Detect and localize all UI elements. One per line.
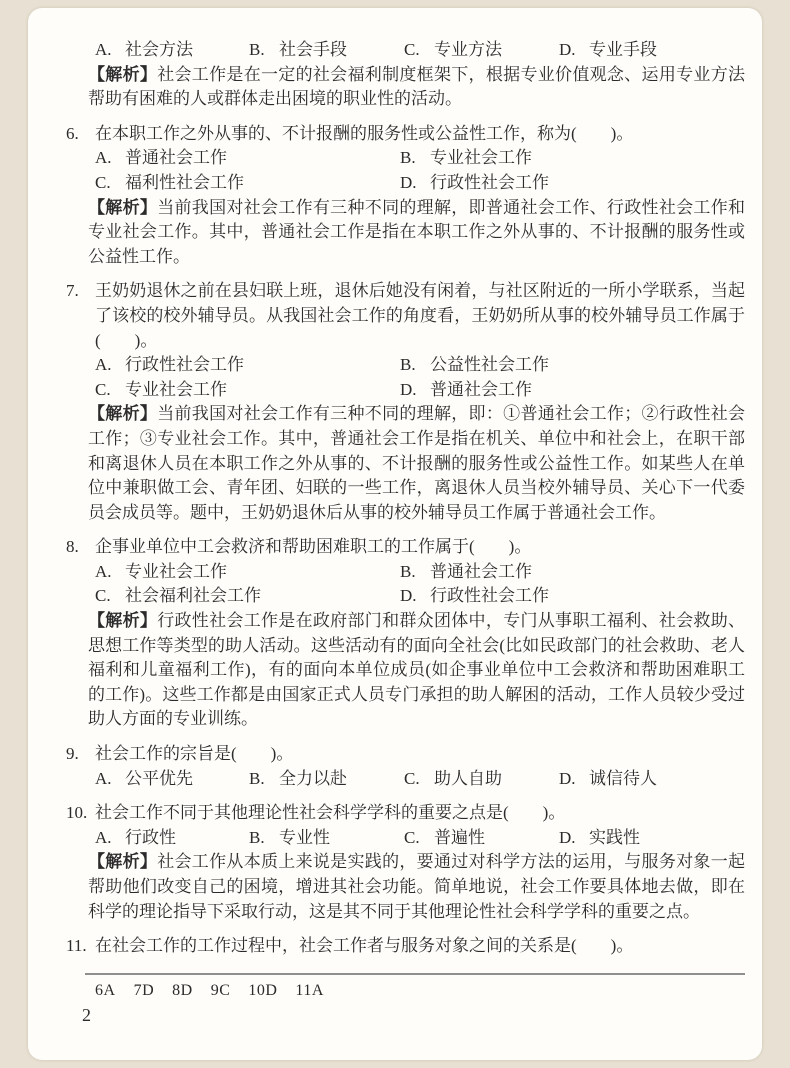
question-block: 6. 在本职工作之外从事的、不计报酬的服务性或公益性工作，称为( )。 A.普通… (66, 122, 745, 270)
question-block: 7. 王奶奶退休之前在县妇联上班，退休后她没有闲着，与社区附近的一所小学联系，当… (66, 279, 745, 525)
option-item: C.社会福利社会工作 (95, 584, 400, 609)
option-letter: B. (249, 826, 279, 851)
option-label: 社会福利社会工作 (125, 586, 261, 605)
option-item: D.专业手段 (559, 38, 745, 63)
analysis: 【解析】当前我国对社会工作有三种不同的理解，即：①普通社会工作；②行政性社会工作… (88, 402, 745, 525)
option-label: 普通社会工作 (430, 562, 532, 581)
analysis-text: 行政性社会工作是在政府部门和群众团体中，专门从事职工福利、社会救助、思想工作等类… (88, 611, 745, 728)
analysis-label: 【解析】 (88, 611, 157, 630)
option-label: 专业方法 (434, 40, 502, 59)
question-block: 9. 社会工作的宗旨是( )。 A.公平优先 B.全力以赴 C.助人自助 D.诚… (66, 742, 745, 791)
analysis: 【解析】社会工作从本质上来说是实践的，要通过对科学方法的运用，与服务对象一起帮助… (88, 850, 745, 924)
analysis: 【解析】社会工作是在一定的社会福利制度框架下，根据专业价值观念、运用专业方法帮助… (88, 63, 745, 112)
option-item: B.全力以赴 (249, 767, 404, 792)
option-letter: B. (249, 38, 279, 63)
question-number: 7. (66, 279, 95, 353)
analysis-text: 当前我国对社会工作有三种不同的理解，即：①普通社会工作；②行政性社会工作；③专业… (88, 404, 745, 521)
option-label: 社会手段 (279, 40, 347, 59)
question-stem-row: 8. 企事业单位中工会救济和帮助困难职工的工作属于( )。 (66, 535, 745, 560)
option-item: D.行政性社会工作 (400, 584, 745, 609)
option-letter: C. (404, 826, 434, 851)
analysis-label: 【解析】 (88, 65, 157, 84)
question-block: A.社会方法 B.社会手段 C.专业方法 D.专业手段 【解析】社会工作是在一定… (66, 38, 745, 112)
answer-item: 11A (295, 982, 323, 1000)
answer-item: 7D (134, 982, 155, 1000)
options-row: A.行政性社会工作 B.公益性社会工作 C.专业社会工作 D.普通社会工作 (95, 353, 745, 402)
option-item: C.专业社会工作 (95, 378, 400, 403)
option-letter: C. (95, 171, 125, 196)
option-letter: B. (249, 767, 279, 792)
option-letter: A. (95, 560, 125, 585)
analysis-text: 社会工作是在一定的社会福利制度框架下，根据专业价值观念、运用专业方法帮助有困难的… (88, 65, 745, 109)
option-item: B.社会手段 (249, 38, 404, 63)
option-letter: A. (95, 146, 125, 171)
answer-item: 6A (95, 982, 116, 1000)
answer-key: 6A 7D 8D 9C 10D 11A (95, 982, 745, 1000)
options-row: A.行政性 B.专业性 C.普遍性 D.实践性 (95, 826, 745, 851)
option-item: A.普通社会工作 (95, 146, 400, 171)
option-letter: B. (400, 353, 430, 378)
option-label: 专业社会工作 (125, 380, 227, 399)
question-stem: 社会工作不同于其他理论性社会科学学科的重要之点是( )。 (95, 801, 745, 826)
question-block: 11. 在社会工作的工作过程中，社会工作者与服务对象之间的关系是( )。 (66, 934, 745, 959)
option-label: 全力以赴 (279, 769, 347, 788)
analysis: 【解析】当前我国对社会工作有三种不同的理解，即普通社会工作、行政性社会工作和专业… (88, 196, 745, 270)
option-letter: A. (95, 353, 125, 378)
option-letter: B. (400, 146, 430, 171)
question-stem-row: 11. 在社会工作的工作过程中，社会工作者与服务对象之间的关系是( )。 (66, 934, 745, 959)
question-stem: 在社会工作的工作过程中，社会工作者与服务对象之间的关系是( )。 (95, 934, 745, 959)
question-number: 6. (66, 122, 95, 147)
option-letter: A. (95, 826, 125, 851)
option-letter: D. (559, 767, 589, 792)
option-label: 专业社会工作 (430, 148, 532, 167)
options-row: A.普通社会工作 B.专业社会工作 C.福利性社会工作 D.行政性社会工作 (95, 146, 745, 195)
footer-divider (85, 973, 745, 975)
option-letter: C. (404, 767, 434, 792)
options-row: A.社会方法 B.社会手段 C.专业方法 D.专业手段 (95, 38, 745, 63)
option-label: 专业性 (279, 828, 330, 847)
option-item: B.专业性 (249, 826, 404, 851)
option-letter: D. (559, 826, 589, 851)
question-number: 8. (66, 535, 95, 560)
option-letter: D. (559, 38, 589, 63)
option-label: 普通社会工作 (430, 380, 532, 399)
option-item: A.专业社会工作 (95, 560, 400, 585)
option-label: 福利性社会工作 (125, 173, 244, 192)
answer-item: 8D (172, 982, 193, 1000)
option-label: 诚信待人 (589, 769, 657, 788)
option-letter: A. (95, 767, 125, 792)
question-number: 11. (66, 934, 95, 959)
question-stem: 王奶奶退休之前在县妇联上班，退休后她没有闲着，与社区附近的一所小学联系，当起了该… (95, 279, 745, 353)
question-stem-row: 7. 王奶奶退休之前在县妇联上班，退休后她没有闲着，与社区附近的一所小学联系，当… (66, 279, 745, 353)
question-number: 10. (66, 801, 95, 826)
option-letter: B. (400, 560, 430, 585)
option-item: A.行政性社会工作 (95, 353, 400, 378)
option-letter: C. (95, 378, 125, 403)
question-number: 9. (66, 742, 95, 767)
page-number: 2 (82, 1005, 745, 1026)
question-stem: 在本职工作之外从事的、不计报酬的服务性或公益性工作，称为( )。 (95, 122, 745, 147)
option-label: 行政性社会工作 (430, 586, 549, 605)
analysis-label: 【解析】 (88, 198, 157, 217)
option-item: D.诚信待人 (559, 767, 745, 792)
option-label: 社会方法 (125, 40, 193, 59)
question-stem: 社会工作的宗旨是( )。 (95, 742, 745, 767)
option-label: 公益性社会工作 (430, 355, 549, 374)
option-label: 行政性 (125, 828, 176, 847)
analysis-label: 【解析】 (88, 852, 157, 871)
answer-item: 10D (248, 982, 277, 1000)
option-label: 行政性社会工作 (125, 355, 244, 374)
option-letter: C. (404, 38, 434, 63)
analysis-text: 社会工作从本质上来说是实践的，要通过对科学方法的运用，与服务对象一起帮助他们改变… (88, 852, 745, 920)
option-item: D.普通社会工作 (400, 378, 745, 403)
option-item: B.普通社会工作 (400, 560, 745, 585)
options-row: A.公平优先 B.全力以赴 C.助人自助 D.诚信待人 (95, 767, 745, 792)
question-stem: 企事业单位中工会救济和帮助困难职工的工作属于( )。 (95, 535, 745, 560)
option-item: B.公益性社会工作 (400, 353, 745, 378)
answer-item: 9C (211, 982, 231, 1000)
option-item: C.普遍性 (404, 826, 559, 851)
option-letter: A. (95, 38, 125, 63)
option-item: B.专业社会工作 (400, 146, 745, 171)
option-item: A.行政性 (95, 826, 249, 851)
question-block: 8. 企事业单位中工会救济和帮助困难职工的工作属于( )。 A.专业社会工作 B… (66, 535, 745, 732)
options-row: A.专业社会工作 B.普通社会工作 C.社会福利社会工作 D.行政性社会工作 (95, 560, 745, 609)
analysis-text: 当前我国对社会工作有三种不同的理解，即普通社会工作、行政性社会工作和专业社会工作… (88, 198, 745, 266)
question-stem-row: 9. 社会工作的宗旨是( )。 (66, 742, 745, 767)
option-label: 专业手段 (589, 40, 657, 59)
page-footer: 6A 7D 8D 9C 10D 11A 2 (82, 973, 745, 1026)
option-letter: C. (95, 584, 125, 609)
book-page: A.社会方法 B.社会手段 C.专业方法 D.专业手段 【解析】社会工作是在一定… (28, 8, 762, 1060)
option-label: 实践性 (589, 828, 640, 847)
option-letter: D. (400, 171, 430, 196)
option-item: C.福利性社会工作 (95, 171, 400, 196)
question-stem-row: 6. 在本职工作之外从事的、不计报酬的服务性或公益性工作，称为( )。 (66, 122, 745, 147)
option-item: A.社会方法 (95, 38, 249, 63)
option-label: 行政性社会工作 (430, 173, 549, 192)
option-label: 公平优先 (125, 769, 193, 788)
question-block: 10. 社会工作不同于其他理论性社会科学学科的重要之点是( )。 A.行政性 B… (66, 801, 745, 924)
analysis-label: 【解析】 (88, 404, 157, 423)
option-label: 普遍性 (434, 828, 485, 847)
option-label: 普通社会工作 (125, 148, 227, 167)
option-label: 助人自助 (434, 769, 502, 788)
option-label: 专业社会工作 (125, 562, 227, 581)
question-stem-row: 10. 社会工作不同于其他理论性社会科学学科的重要之点是( )。 (66, 801, 745, 826)
option-item: D.实践性 (559, 826, 745, 851)
option-item: C.专业方法 (404, 38, 559, 63)
page-content: A.社会方法 B.社会手段 C.专业方法 D.专业手段 【解析】社会工作是在一定… (28, 8, 762, 959)
option-item: A.公平优先 (95, 767, 249, 792)
option-item: D.行政性社会工作 (400, 171, 745, 196)
option-letter: D. (400, 378, 430, 403)
option-item: C.助人自助 (404, 767, 559, 792)
option-letter: D. (400, 584, 430, 609)
analysis: 【解析】行政性社会工作是在政府部门和群众团体中，专门从事职工福利、社会救助、思想… (88, 609, 745, 732)
